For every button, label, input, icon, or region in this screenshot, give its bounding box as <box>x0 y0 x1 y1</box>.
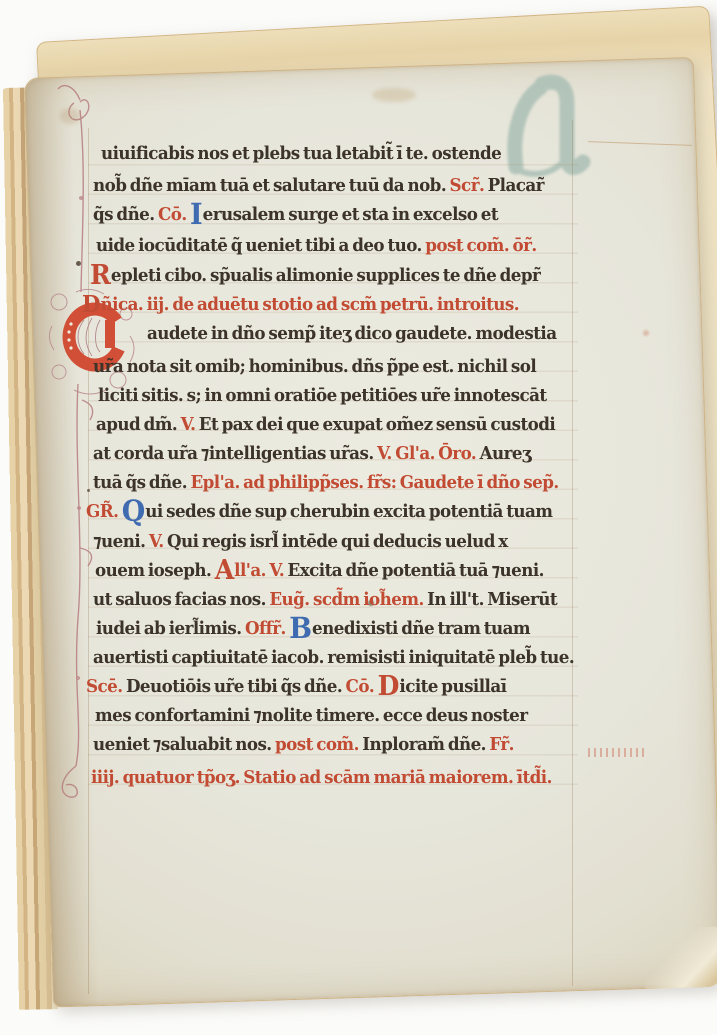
text-segment-ink: erusalem surge et sta in excelso et <box>203 204 498 225</box>
text-line: Dñica. iij. de aduētu stotio ad scm̃ pet… <box>82 294 519 316</box>
text-line: ⁊ueni. V. Qui regis isrl̃ intēde qui ded… <box>93 531 508 553</box>
initial-red: D <box>378 671 400 702</box>
text-segment-ink: Placar̃ <box>488 175 544 196</box>
text-segment-ink: uide iocūditatē q̃ ueniet tibi a deo tuo… <box>96 235 425 256</box>
text-line: audete in dño semp̃ iteʒ dico gaudete. m… <box>147 323 556 345</box>
text-segment-rubric: ll'a. V. <box>234 560 287 581</box>
initial-rubric: D <box>82 291 101 318</box>
text-line: tuā q̃s dñe. Epl'a. ad philipp̃ses. fr̃s… <box>93 472 559 494</box>
text-segment-ink: iudei ab ierl̃imis. <box>96 618 245 639</box>
initial-blue: Q <box>122 494 145 528</box>
text-segment-rubric: V. Gl'a. Ōro. <box>377 443 480 464</box>
text-segment-rubric: Eug̃. scd̃m ioh̃em. <box>269 589 427 610</box>
text-segment-rubric: post com̃. <box>275 734 362 755</box>
text-segment-ink: q̃s dñe. <box>93 204 158 225</box>
text-segment-rubric: post com̃. ōr̃. <box>425 235 536 256</box>
text-line: GR̃. Qui sedes dñe sup cherubin excita p… <box>86 501 552 523</box>
text-line: ouem ioseph. All'a. V. Excita dñe potent… <box>95 560 544 582</box>
text-segment-rubric: Cō. <box>158 204 190 225</box>
text-line: ueniet ⁊saluabit nos. post com̃. Inplora… <box>93 734 514 756</box>
text-segment-rubric: Scē. <box>86 676 126 697</box>
text-line: Repleti cibo. sp̃ualis alimonie supplice… <box>90 265 540 287</box>
text-segment-ink: ⁊ueni. <box>93 531 149 552</box>
text-segment-rubric: Fr̃. <box>489 734 514 755</box>
text-segment-ink: auertisti captiuitatē iacob. remisisti i… <box>93 647 574 668</box>
initial-red: A <box>215 555 234 586</box>
text-line: nob̃ dñe mīam tuā et salutare tuū da nob… <box>93 175 544 197</box>
text-line: apud dm̃. V. Et pax dei que exupat om̃ez… <box>96 414 555 436</box>
text-segment-ink: apud dm̃. <box>96 414 181 435</box>
text-line: ut saluos facias nos. Eug̃. scd̃m ioh̃em… <box>93 589 557 611</box>
text-segment-ink: uiuificabis nos et plebs tua letabit̃ ī … <box>101 143 501 164</box>
text-line: iiij. quatuor tp̃oʒ. Statio ad scām mari… <box>91 767 552 789</box>
initial-blue: B <box>289 611 312 645</box>
text-line: liciti sitis. s; in omni oratiōe petitiō… <box>98 385 547 407</box>
text-segment-rubric: Offr̃. <box>245 618 289 639</box>
text-segment-ink: epleti cibo. sp̃ualis alimonie supplices… <box>111 265 540 286</box>
text-line: ur̃a nota sit omib; hominibus. dñs p̃pe … <box>93 356 536 378</box>
text-segment-rubric: Scr̃. <box>450 175 488 196</box>
text-segment-ink: liciti sitis. s; in omni oratiōe petitiō… <box>98 385 547 406</box>
text-line: iudei ab ierl̃imis. Offr̃. Benedixisti d… <box>96 618 530 640</box>
text-line: at corda ur̃a ⁊intelligentias ur̃as. V. … <box>93 443 531 465</box>
text-line: q̃s dñe. Cō. Ierusalem surge et sta in e… <box>93 204 498 226</box>
text-segment-rubric: ñica. iij. de aduētu stotio ad scm̃ petr… <box>101 294 520 315</box>
text-segment-ink: Inploram̃ dñe. <box>362 734 489 755</box>
text-segment-ink: audete in dño semp̃ iteʒ dico gaudete. m… <box>147 323 556 344</box>
text-segment-rubric: Epl'a. ad philipp̃ses. fr̃s: Gaudete ī d… <box>190 472 558 493</box>
text-segment-rubric: GR̃. <box>86 501 122 522</box>
text-line: Scē. Deuotiōis ur̃e tibi q̃s dñe. Cō. Di… <box>86 676 506 698</box>
text-segment-ink: Et pax dei que exupat om̃ez sensū custod… <box>199 414 555 435</box>
text-segment-ink: nob̃ dñe mīam tuā et salutare tuū da nob… <box>93 175 450 196</box>
text-segment-ink: mes confortamini ⁊nolite timere. ecce de… <box>95 705 528 726</box>
text-segment-rubric: V. <box>181 414 199 435</box>
text-segment-ink: at corda ur̃a ⁊intelligentias ur̃as. <box>93 443 377 464</box>
manuscript-photo: uiuificabis nos et plebs tua letabit̃ ī … <box>0 0 717 1035</box>
text-line: auertisti captiuitatē iacob. remisisti i… <box>93 647 574 669</box>
text-segment-ink: Deuotiōis ur̃e tibi q̃s dñe. <box>126 676 346 697</box>
text-line: uiuificabis nos et plebs tua letabit̃ ī … <box>101 143 501 165</box>
text-line: uide iocūditatē q̃ ueniet tibi a deo tuo… <box>96 235 537 257</box>
text-segment-ink: icite pusillaī <box>399 676 506 697</box>
text-segment-rubric: iiij. quatuor tp̃oʒ. Statio ad scām mari… <box>91 767 552 788</box>
text-segment-ink: ui sedes dñe sup cherubin excita potenti… <box>145 501 552 522</box>
text-segment-ink: ur̃a nota sit omib; hominibus. dñs p̃pe … <box>93 356 536 377</box>
text-segment-ink: ut saluos facias nos. <box>93 589 269 610</box>
text-segment-ink: ueniet ⁊saluabit nos. <box>93 734 275 755</box>
text-segment-rubric: V. <box>149 531 167 552</box>
initial-red: R <box>90 260 111 291</box>
text-segment-ink: tuā q̃s dñe. <box>93 472 190 493</box>
text-segment-ink: In ill't. Miserūt <box>427 589 557 610</box>
text-segment-ink: ouem ioseph. <box>95 560 215 581</box>
initial-blue: I <box>190 197 203 231</box>
text-segment-ink: Excita dñe potentiā tuā ⁊ueni. <box>288 560 544 581</box>
text-segment-ink: Aureʒ <box>480 443 531 464</box>
text-block: uiuificabis nos et plebs tua letabit̃ ī … <box>0 0 717 1035</box>
text-segment-ink: Qui regis isrl̃ intēde qui deducis uelud… <box>167 531 508 552</box>
text-segment-ink: enedixisti dñe tram tuam <box>312 618 530 639</box>
text-line: mes confortamini ⁊nolite timere. ecce de… <box>95 705 528 727</box>
text-segment-rubric: Cō. <box>346 676 378 697</box>
